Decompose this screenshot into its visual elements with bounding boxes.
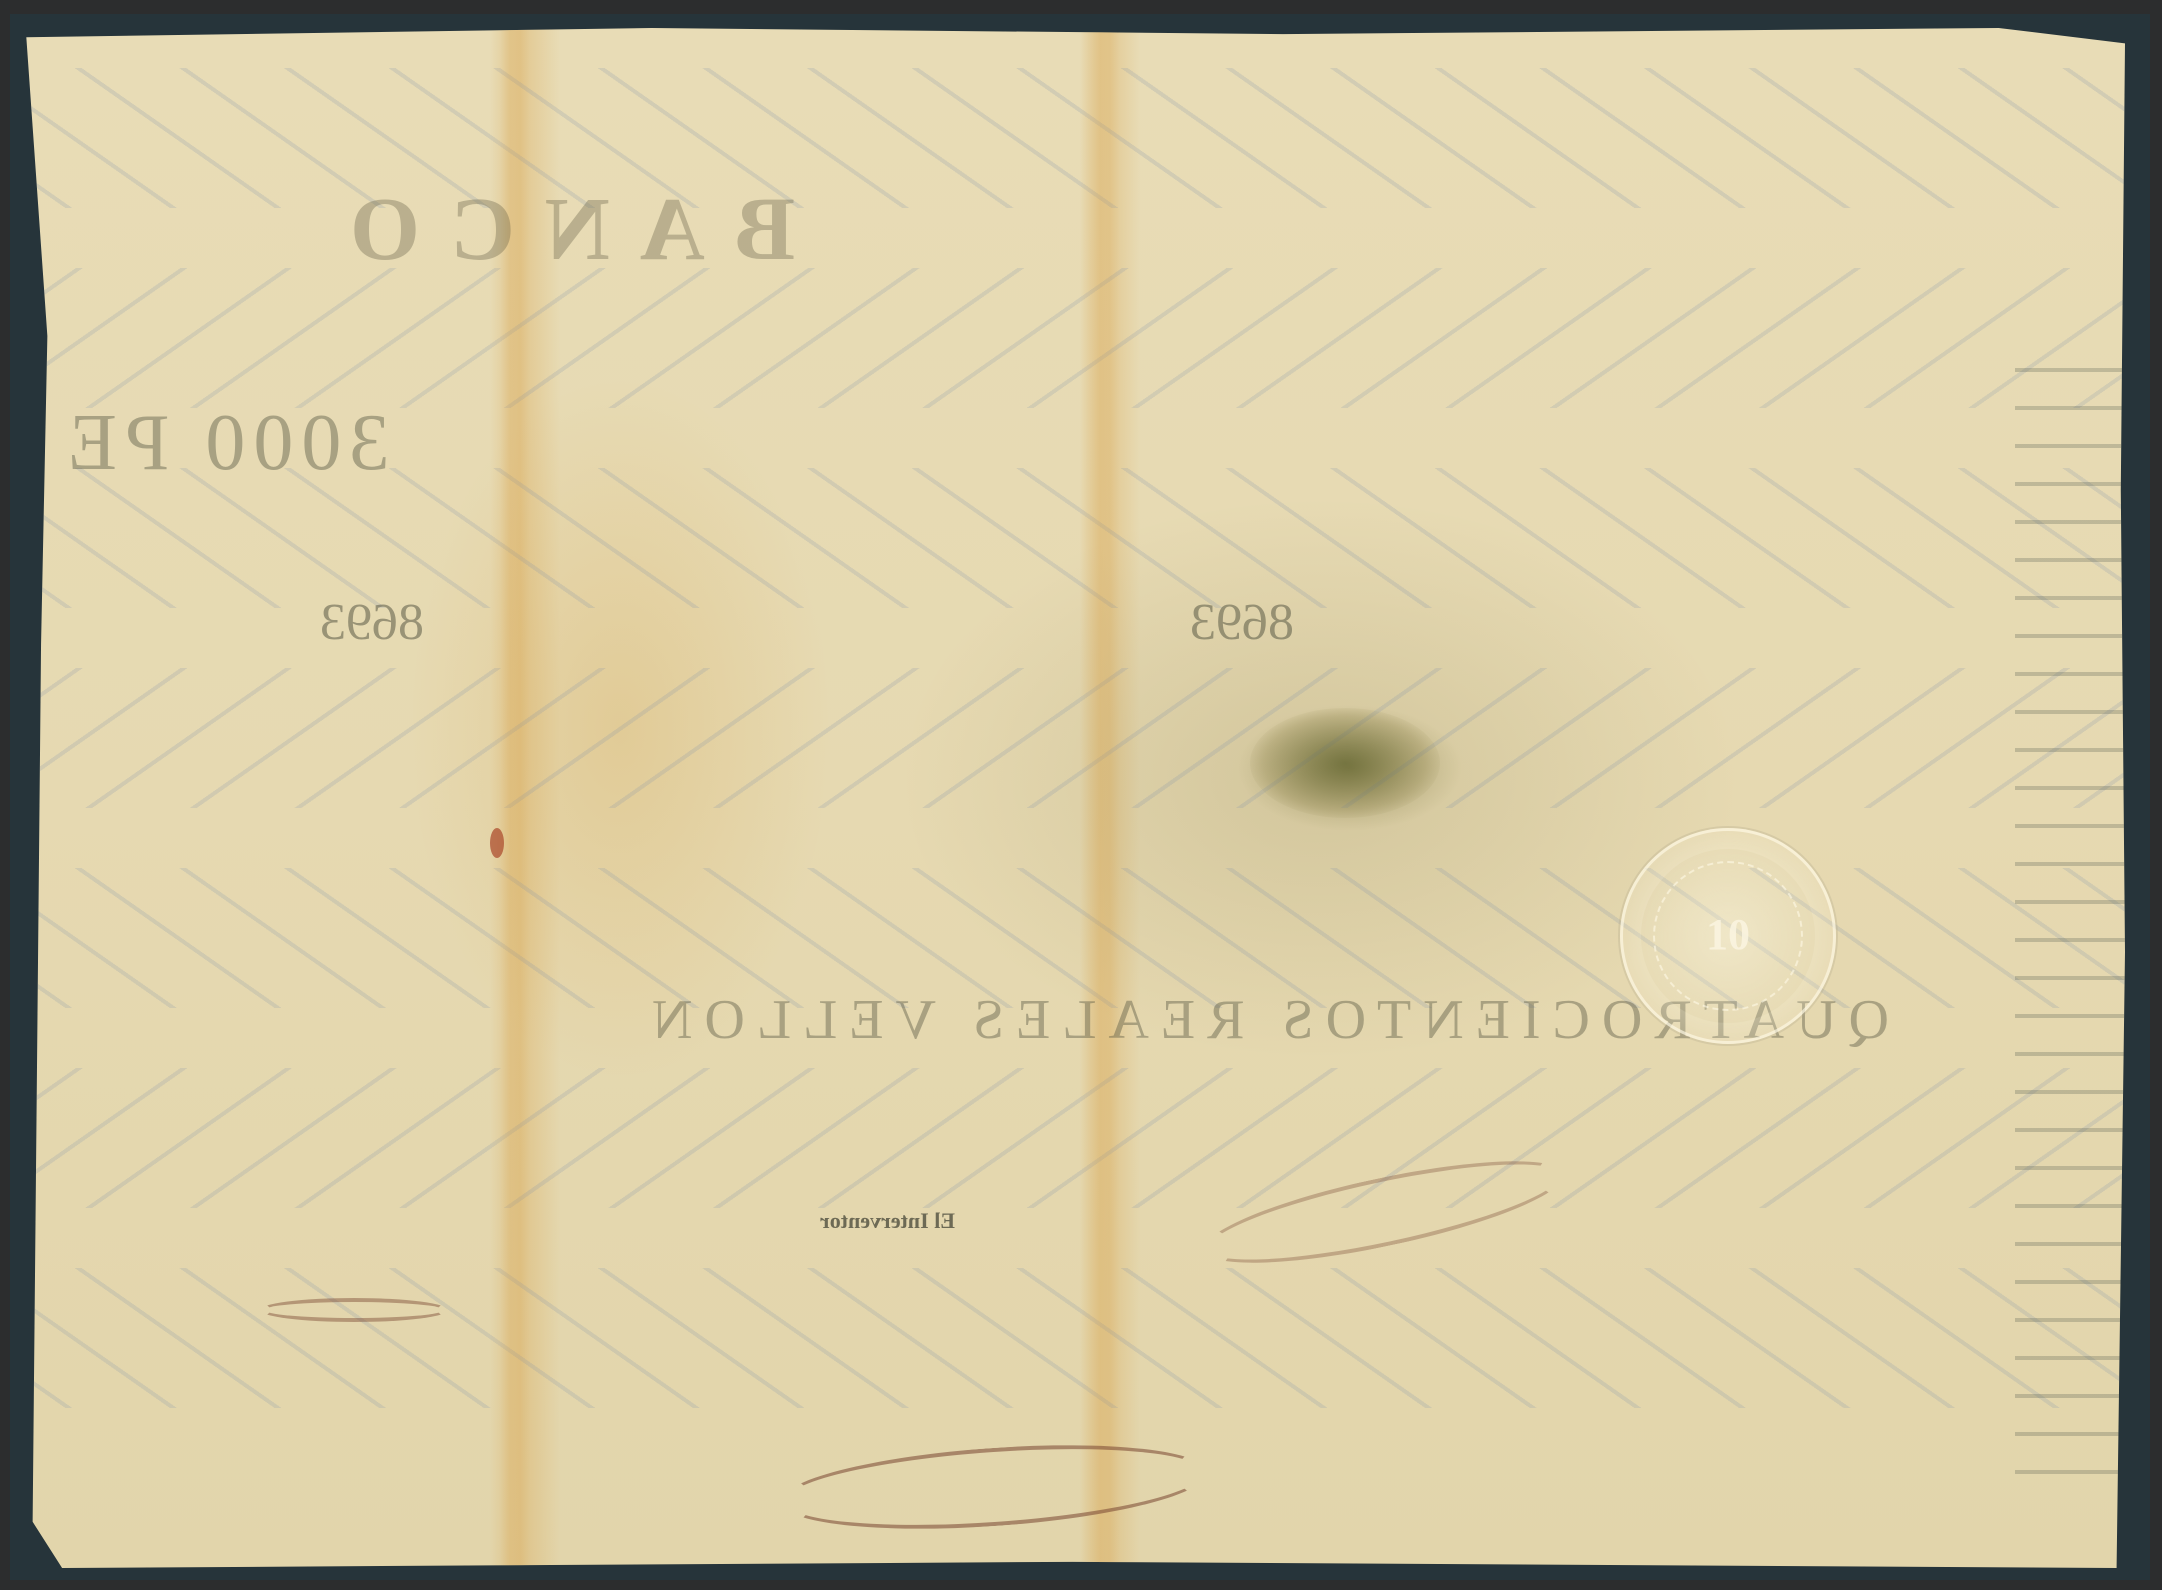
mirrored-serial-number-left: 8693 <box>320 593 424 652</box>
embossed-seal: 10 <box>1620 828 1836 1044</box>
fold-crease <box>1080 28 1120 1568</box>
seal-number: 10 <box>1623 909 1833 960</box>
signature-flourish <box>778 1433 1210 1541</box>
mirrored-interventor-label: El Interventor <box>820 1208 955 1234</box>
ink-stroke <box>260 1298 448 1322</box>
rust-spot <box>490 828 504 858</box>
banknote-reverse: BANCO 3000 PE 8693 8693 QUATROCIENTOS RE… <box>20 28 2125 1568</box>
mold-stain <box>1250 708 1440 818</box>
mirrored-bank-title: BANCO <box>320 178 795 281</box>
chevron-pattern-band <box>20 468 2125 608</box>
chevron-pattern-band <box>20 1268 2125 1408</box>
chevron-pattern-band <box>20 668 2125 808</box>
chevron-pattern-band <box>20 1068 2125 1208</box>
mirrored-serial-number-right: 8693 <box>1190 593 1294 652</box>
mirrored-denomination: 3000 PE <box>60 398 389 489</box>
chevron-pattern-band <box>20 268 2125 408</box>
right-edge-text-show-through <box>2015 358 2125 1508</box>
